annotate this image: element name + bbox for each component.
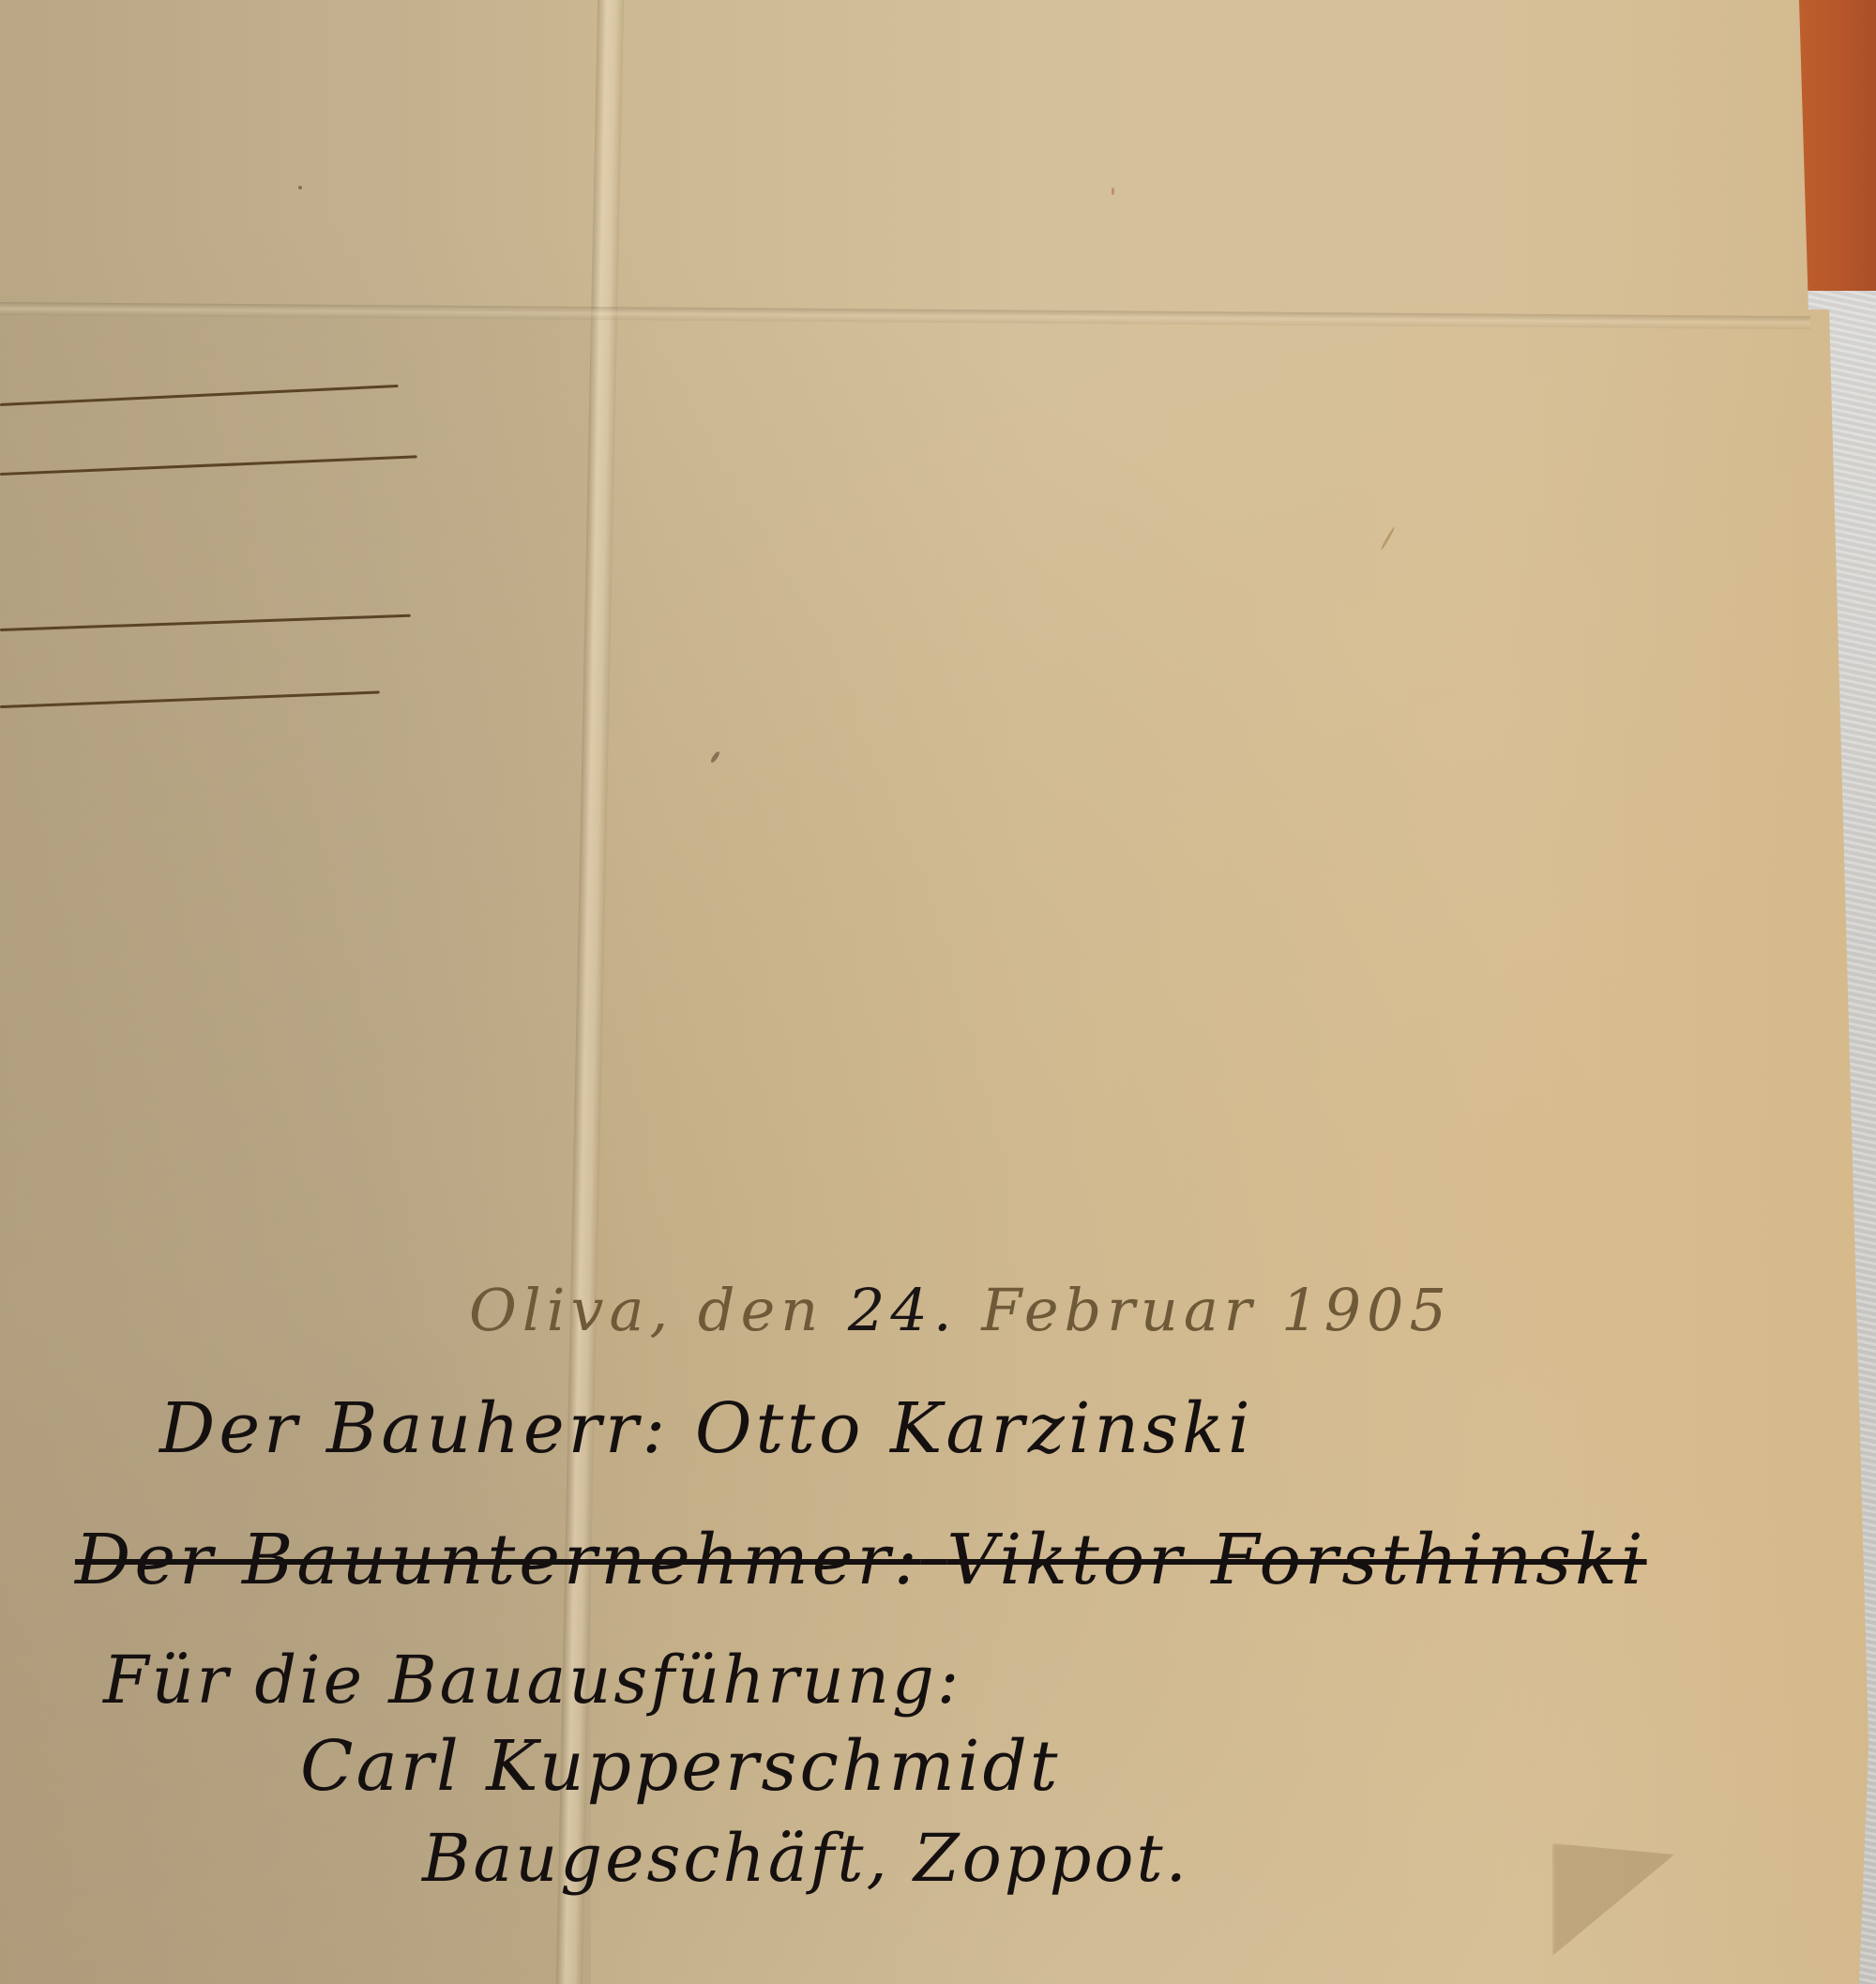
paper-speck <box>1112 188 1114 195</box>
construction-execution-line: Für die Bauausführung: <box>103 1642 961 1719</box>
paper-speck <box>709 750 720 764</box>
building-owner-name: Otto Karzinski <box>695 1388 1254 1469</box>
paper-speck <box>1380 526 1396 551</box>
date-separator: , den <box>649 1276 847 1344</box>
date-line: Oliva, den 24. Februar 1905 <box>469 1276 1452 1344</box>
contractor-name: Viktor Forsthinski <box>946 1520 1646 1600</box>
date-month-year: Februar 1905 <box>958 1276 1452 1344</box>
signature-business-title: Baugeschäft, Zoppot. <box>422 1820 1189 1897</box>
letter-paper: Oliva, den 24. Februar 1905 Der Bauherr:… <box>0 0 1876 1984</box>
date-place: Oliva <box>469 1276 649 1344</box>
construction-execution-label: Für die Bauausführung: <box>103 1642 961 1719</box>
paper-speck <box>298 186 302 189</box>
building-owner-line: Der Bauherr: Otto Karzinski <box>159 1388 1254 1469</box>
struck-contractor-line: Der Bauunternehmer: Viktor Forsthinski <box>75 1520 1647 1600</box>
signature-name: Carl Kupperschmidt <box>300 1726 1061 1807</box>
triangular-stain <box>1552 1843 1674 1956</box>
building-owner-label: Der Bauherr: <box>159 1388 669 1469</box>
date-day: 24. <box>848 1276 958 1344</box>
contractor-label: Der Bauunternehmer: <box>75 1520 921 1600</box>
photo-scene: Oliva, den 24. Februar 1905 Der Bauherr:… <box>0 0 1876 1984</box>
